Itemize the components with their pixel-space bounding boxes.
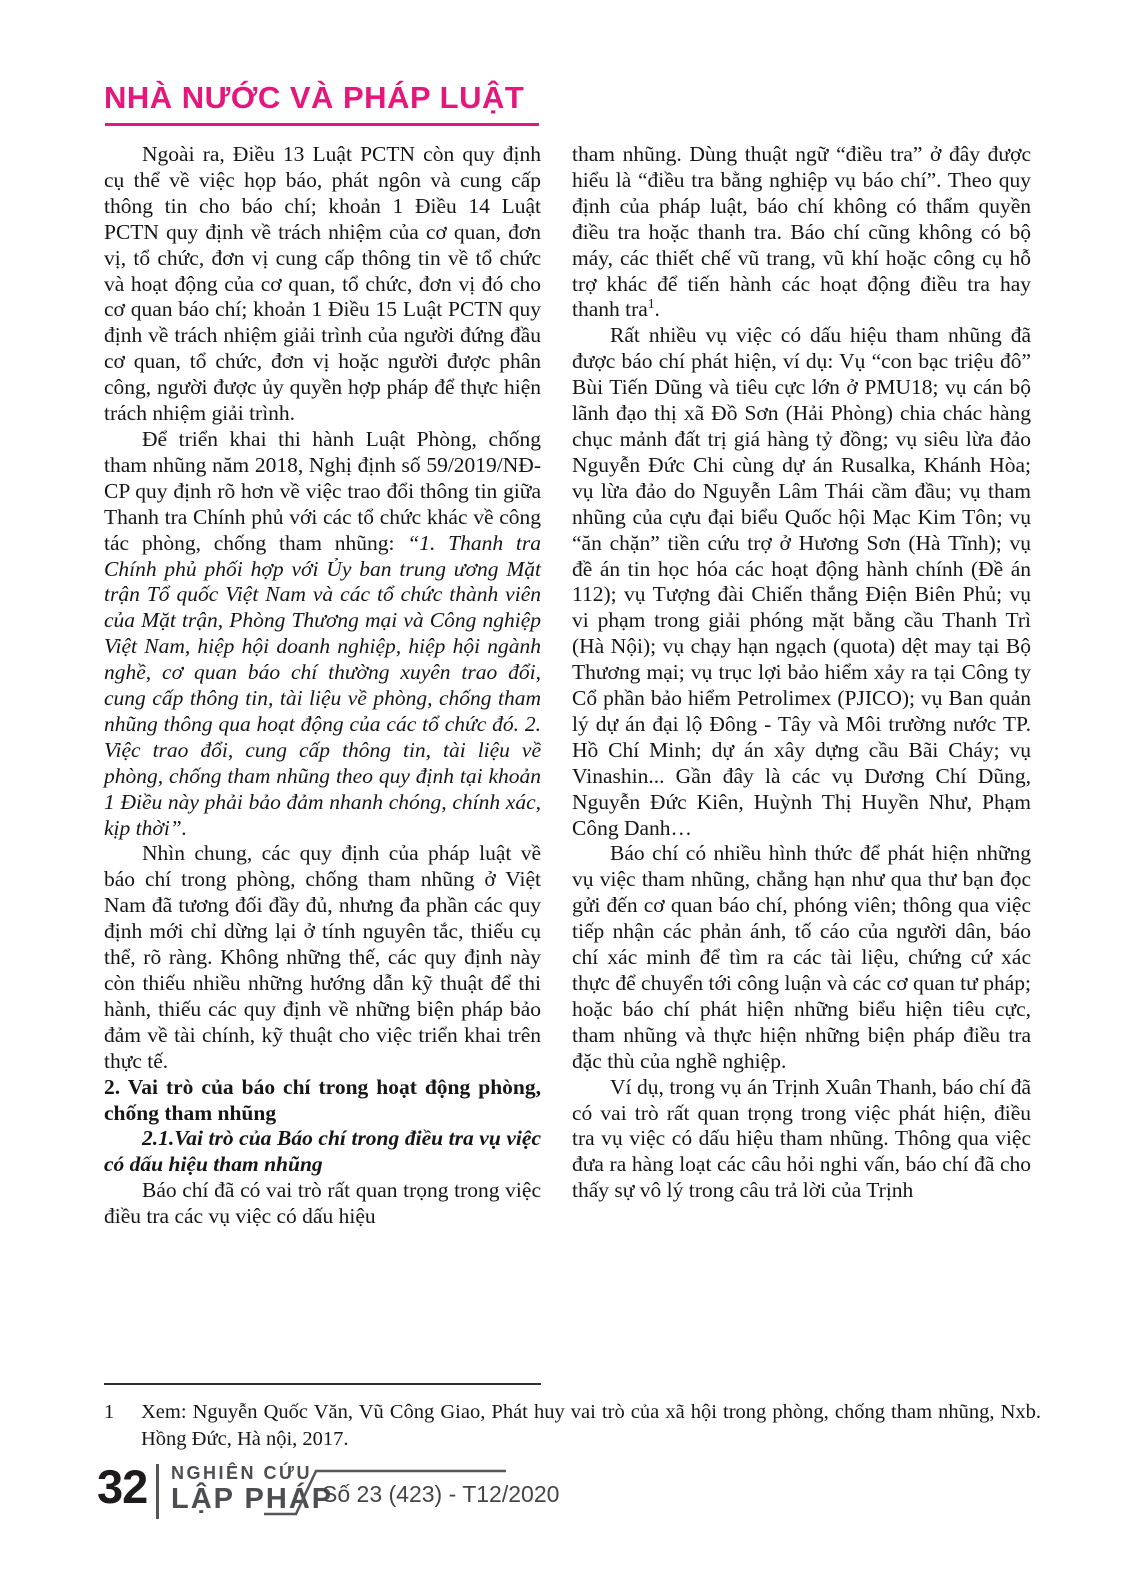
paragraph: Để triển khai thi hành Luật Phòng, chống… xyxy=(104,427,541,842)
page-title: NHÀ NƯỚC VÀ PHÁP LUẬT xyxy=(104,80,524,116)
footnote: 1 Xem: Nguyễn Quốc Văn, Vũ Công Giao, Ph… xyxy=(104,1399,1041,1452)
paragraph-text: . xyxy=(655,297,660,321)
footnote-divider xyxy=(104,1383,541,1385)
subsection-heading: 2.1.Vai trò của Báo chí trong điều tra v… xyxy=(104,1126,541,1178)
issue-info: Số 23 (423) - T12/2020 xyxy=(322,1481,559,1508)
footnote-number: 1 xyxy=(104,1399,141,1452)
section-heading: 2. Vai trò của báo chí trong hoạt động p… xyxy=(104,1075,541,1127)
paragraph: Báo chí đã có vai trò rất quan trọng tro… xyxy=(104,1178,541,1230)
page-number: 32 xyxy=(97,1461,147,1513)
paragraph: Ngoài ra, Điều 13 Luật PCTN còn quy định… xyxy=(104,142,541,427)
legal-quote-text: “1. Thanh tra Chính phủ phối hợp với Ủy … xyxy=(104,531,541,840)
footnote-text: Xem: Nguyễn Quốc Văn, Vũ Công Giao, Phát… xyxy=(141,1399,1041,1452)
footer-divider xyxy=(156,1464,159,1519)
paragraph: Báo chí có nhiều hình thức để phát hiện … xyxy=(572,841,1031,1074)
footnote-reference: 1 xyxy=(648,296,655,311)
left-column: Ngoài ra, Điều 13 Luật PCTN còn quy định… xyxy=(104,142,541,1230)
right-column: tham nhũng. Dùng thuật ngữ “điều tra” ở … xyxy=(572,142,1031,1204)
journal-page: NHÀ NƯỚC VÀ PHÁP LUẬT Ngoài ra, Điều 13 … xyxy=(0,0,1122,1594)
paragraph-text: tham nhũng. Dùng thuật ngữ “điều tra” ở … xyxy=(572,142,1031,321)
paragraph: Nhìn chung, các quy định của pháp luật v… xyxy=(104,841,541,1074)
paragraph: Ví dụ, trong vụ án Trịnh Xuân Thanh, báo… xyxy=(572,1075,1031,1205)
paragraph: tham nhũng. Dùng thuật ngữ “điều tra” ở … xyxy=(572,142,1031,323)
paragraph: Rất nhiều vụ việc có dấu hiệu tham nhũng… xyxy=(572,323,1031,841)
title-underline xyxy=(105,123,539,126)
